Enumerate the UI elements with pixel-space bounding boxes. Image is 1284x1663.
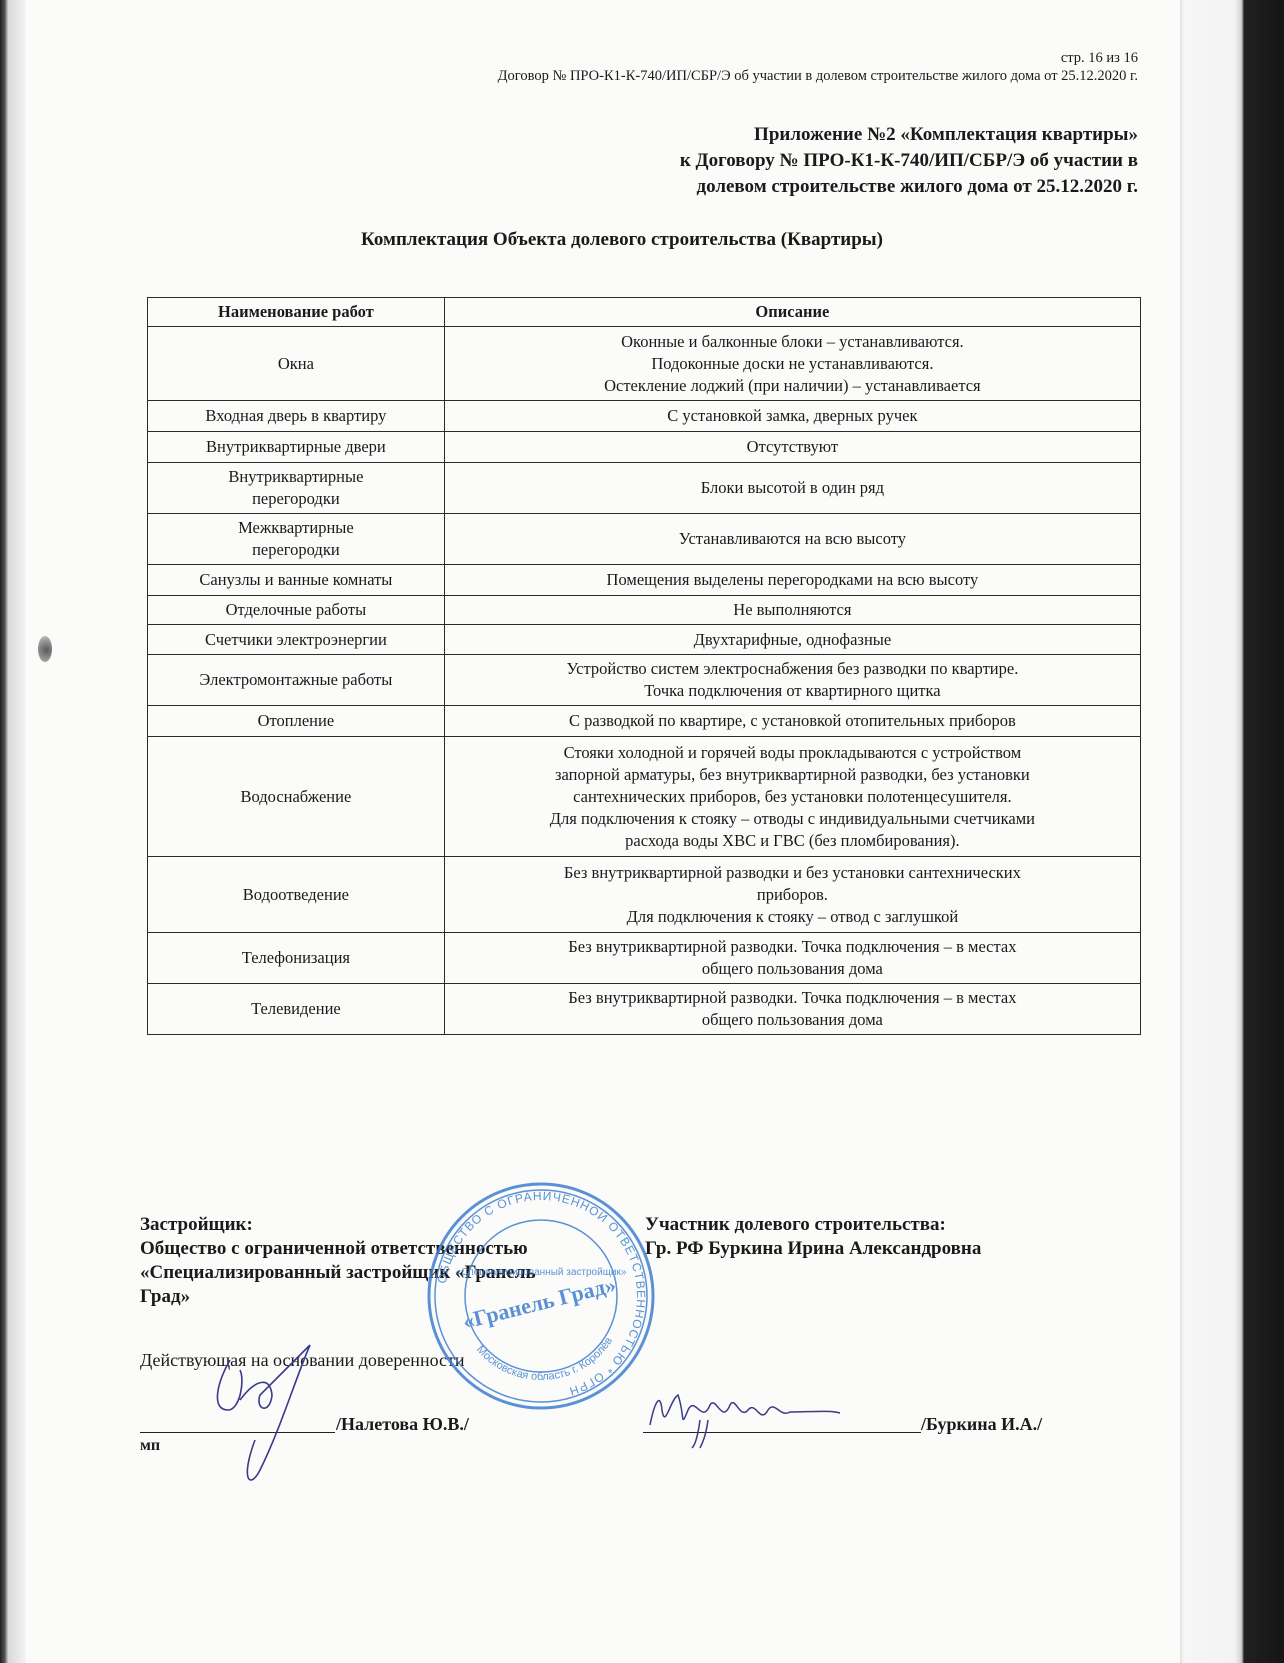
column-header-name: Наименование работ <box>148 298 445 327</box>
description-line: приборов. <box>453 884 1132 906</box>
description-cell: Без внутриквартирной разводки. Точка под… <box>444 984 1140 1035</box>
description-line: Остекление лоджий (при наличии) – устана… <box>453 375 1132 397</box>
description-line: сантехнических приборов, без установки п… <box>453 786 1132 808</box>
stamp-center-text: «Гранель Град» <box>460 1272 618 1334</box>
page-number: стр. 16 из 16 <box>1061 50 1138 67</box>
work-name-line: Счетчики электроэнергии <box>156 629 436 651</box>
description-cell: С установкой замка, дверных ручек <box>444 401 1140 432</box>
table-row: Санузлы и ванные комнатыПомещения выделе… <box>148 565 1141 596</box>
description-line: Не выполняются <box>453 599 1132 621</box>
work-name-line: Водоснабжение <box>156 786 436 808</box>
description-line: Подоконные доски не устанавливаются. <box>453 353 1132 375</box>
company-seal-stamp: ОБЩЕСТВО С ОГРАНИЧЕННОЙ ОТВЕТСТВЕННОСТЬЮ… <box>425 1180 657 1412</box>
work-name-line: Входная дверь в квартиру <box>156 405 436 427</box>
work-name-cell: Межквартирныеперегородки <box>148 514 445 565</box>
work-name-cell: Внутриквартирныеперегородки <box>148 463 445 514</box>
appendix-line: Приложение №2 «Комплектация квартиры» <box>438 122 1138 148</box>
appendix-line: к Договору № ПРО-К1-К-740/ИП/СБР/Э об уч… <box>438 148 1138 174</box>
work-name-cell: Санузлы и ванные комнаты <box>148 565 445 596</box>
work-name-line: Санузлы и ванные комнаты <box>156 569 436 591</box>
equipment-table: Наименование работ Описание ОкнаОконные … <box>147 297 1141 1035</box>
work-name-cell: Счетчики электроэнергии <box>148 625 445 655</box>
table-row: Отделочные работыНе выполняются <box>148 596 1141 625</box>
description-cell: Устанавливаются на всю высоту <box>444 514 1140 565</box>
description-line: Помещения выделены перегородками на всю … <box>453 569 1132 591</box>
table-row: ВодоснабжениеСтояки холодной и горячей в… <box>148 737 1141 857</box>
work-name-line: Окна <box>156 353 436 375</box>
work-name-line: перегородки <box>156 539 436 561</box>
work-name-cell: Отделочные работы <box>148 596 445 625</box>
description-line: Двухтарифные, однофазные <box>453 629 1132 651</box>
work-name-line: Внутриквартирные двери <box>156 436 436 458</box>
work-name-cell: Внутриквартирные двери <box>148 432 445 463</box>
work-name-cell: Водоотведение <box>148 857 445 933</box>
description-cell: Блоки высотой в один ряд <box>444 463 1140 514</box>
work-name-line: Межквартирные <box>156 517 436 539</box>
table-row: ОкнаОконные и балконные блоки – устанавл… <box>148 327 1141 401</box>
description-cell: Отсутствуют <box>444 432 1140 463</box>
appendix-heading: Приложение №2 «Комплектация квартиры» к … <box>438 122 1138 200</box>
description-line: Стояки холодной и горячей воды прокладыв… <box>453 742 1132 764</box>
participant-handwritten-signature <box>640 1380 890 1450</box>
description-cell: Не выполняются <box>444 596 1140 625</box>
work-name-line: перегородки <box>156 488 436 510</box>
description-line: расхода воды ХВС и ГВС (без пломбировани… <box>453 830 1132 852</box>
description-line: Для подключения к стояку – отвод с заглу… <box>453 906 1132 928</box>
table-row: МежквартирныеперегородкиУстанавливаются … <box>148 514 1141 565</box>
description-cell: Оконные и балконные блоки – устанавливаю… <box>444 327 1140 401</box>
work-name-line: Электромонтажные работы <box>156 669 436 691</box>
description-line: Без внутриквартирной разводки и без уста… <box>453 862 1132 884</box>
table-row: ТелефонизацияБез внутриквартирной развод… <box>148 933 1141 984</box>
description-line: общего пользования дома <box>453 1009 1132 1031</box>
description-cell: Стояки холодной и горячей воды прокладыв… <box>444 737 1140 857</box>
description-line: Без внутриквартирной разводки. Точка под… <box>453 987 1132 1009</box>
description-line: С разводкой по квартире, с установкой от… <box>453 710 1132 732</box>
table-row: Входная дверь в квартируС установкой зам… <box>148 401 1141 432</box>
table-row: Электромонтажные работыУстройство систем… <box>148 655 1141 706</box>
work-name-line: Внутриквартирные <box>156 466 436 488</box>
column-header-description: Описание <box>444 298 1140 327</box>
work-name-line: Телевидение <box>156 998 436 1020</box>
work-name-cell: Входная дверь в квартиру <box>148 401 445 432</box>
punch-hole <box>38 636 52 662</box>
work-name-line: Водоотведение <box>156 884 436 906</box>
running-header: Договор № ПРО-К1-К-740/ИП/СБР/Э об участ… <box>498 68 1138 85</box>
appendix-line: долевом строительстве жилого дома от 25.… <box>438 174 1138 200</box>
table-row: Счетчики электроэнергииДвухтарифные, одн… <box>148 625 1141 655</box>
table-row: ОтоплениеС разводкой по квартире, с уста… <box>148 706 1141 737</box>
description-cell: Устройство систем электроснабжения без р… <box>444 655 1140 706</box>
table-row: Внутриквартирные двериОтсутствуют <box>148 432 1141 463</box>
table-row: ВодоотведениеБез внутриквартирной развод… <box>148 857 1141 933</box>
table-row: ВнутриквартирныеперегородкиБлоки высотой… <box>148 463 1141 514</box>
work-name-cell: Электромонтажные работы <box>148 655 445 706</box>
description-line: запорной арматуры, без внутриквартирной … <box>453 764 1132 786</box>
work-name-cell: Окна <box>148 327 445 401</box>
document-title: Комплектация Объекта долевого строительс… <box>0 229 1284 251</box>
participant-name: Гр. РФ Буркина Ирина Александровна <box>645 1237 1125 1261</box>
developer-signer: /Налетова Ю.В./ <box>336 1414 469 1435</box>
table-row: ТелевидениеБез внутриквартирной разводки… <box>148 984 1141 1035</box>
description-cell: Двухтарифные, однофазные <box>444 625 1140 655</box>
work-name-cell: Отопление <box>148 706 445 737</box>
participant-signer: /Буркина И.А./ <box>921 1414 1042 1435</box>
work-name-cell: Телефонизация <box>148 933 445 984</box>
work-name-line: Отделочные работы <box>156 599 436 621</box>
description-cell: Без внутриквартирной разводки. Точка под… <box>444 933 1140 984</box>
participant-label: Участник долевого строительства: <box>645 1213 1125 1237</box>
description-line: общего пользования дома <box>453 958 1132 980</box>
description-line: Без внутриквартирной разводки. Точка под… <box>453 936 1132 958</box>
work-name-line: Телефонизация <box>156 947 436 969</box>
description-cell: С разводкой по квартире, с установкой от… <box>444 706 1140 737</box>
description-line: Блоки высотой в один ряд <box>453 477 1132 499</box>
table-body: ОкнаОконные и балконные блоки – устанавл… <box>148 327 1141 1035</box>
table-header-row: Наименование работ Описание <box>148 298 1141 327</box>
work-name-line: Отопление <box>156 710 436 732</box>
description-line: Устанавливаются на всю высоту <box>453 528 1132 550</box>
description-line: Точка подключения от квартирного щитка <box>453 680 1132 702</box>
description-line: Оконные и балконные блоки – устанавливаю… <box>453 331 1132 353</box>
description-line: Отсутствуют <box>453 436 1132 458</box>
participant-block: Участник долевого строительства: Гр. РФ … <box>645 1213 1125 1261</box>
description-line: Устройство систем электроснабжения без р… <box>453 658 1132 680</box>
seal-place-label: мп <box>140 1437 160 1455</box>
developer-handwritten-signature <box>200 1340 350 1490</box>
description-line: Для подключения к стояку – отводы с инди… <box>453 808 1132 830</box>
work-name-cell: Водоснабжение <box>148 737 445 857</box>
description-cell: Без внутриквартирной разводки и без уста… <box>444 857 1140 933</box>
description-cell: Помещения выделены перегородками на всю … <box>444 565 1140 596</box>
work-name-cell: Телевидение <box>148 984 445 1035</box>
description-line: С установкой замка, дверных ручек <box>453 405 1132 427</box>
